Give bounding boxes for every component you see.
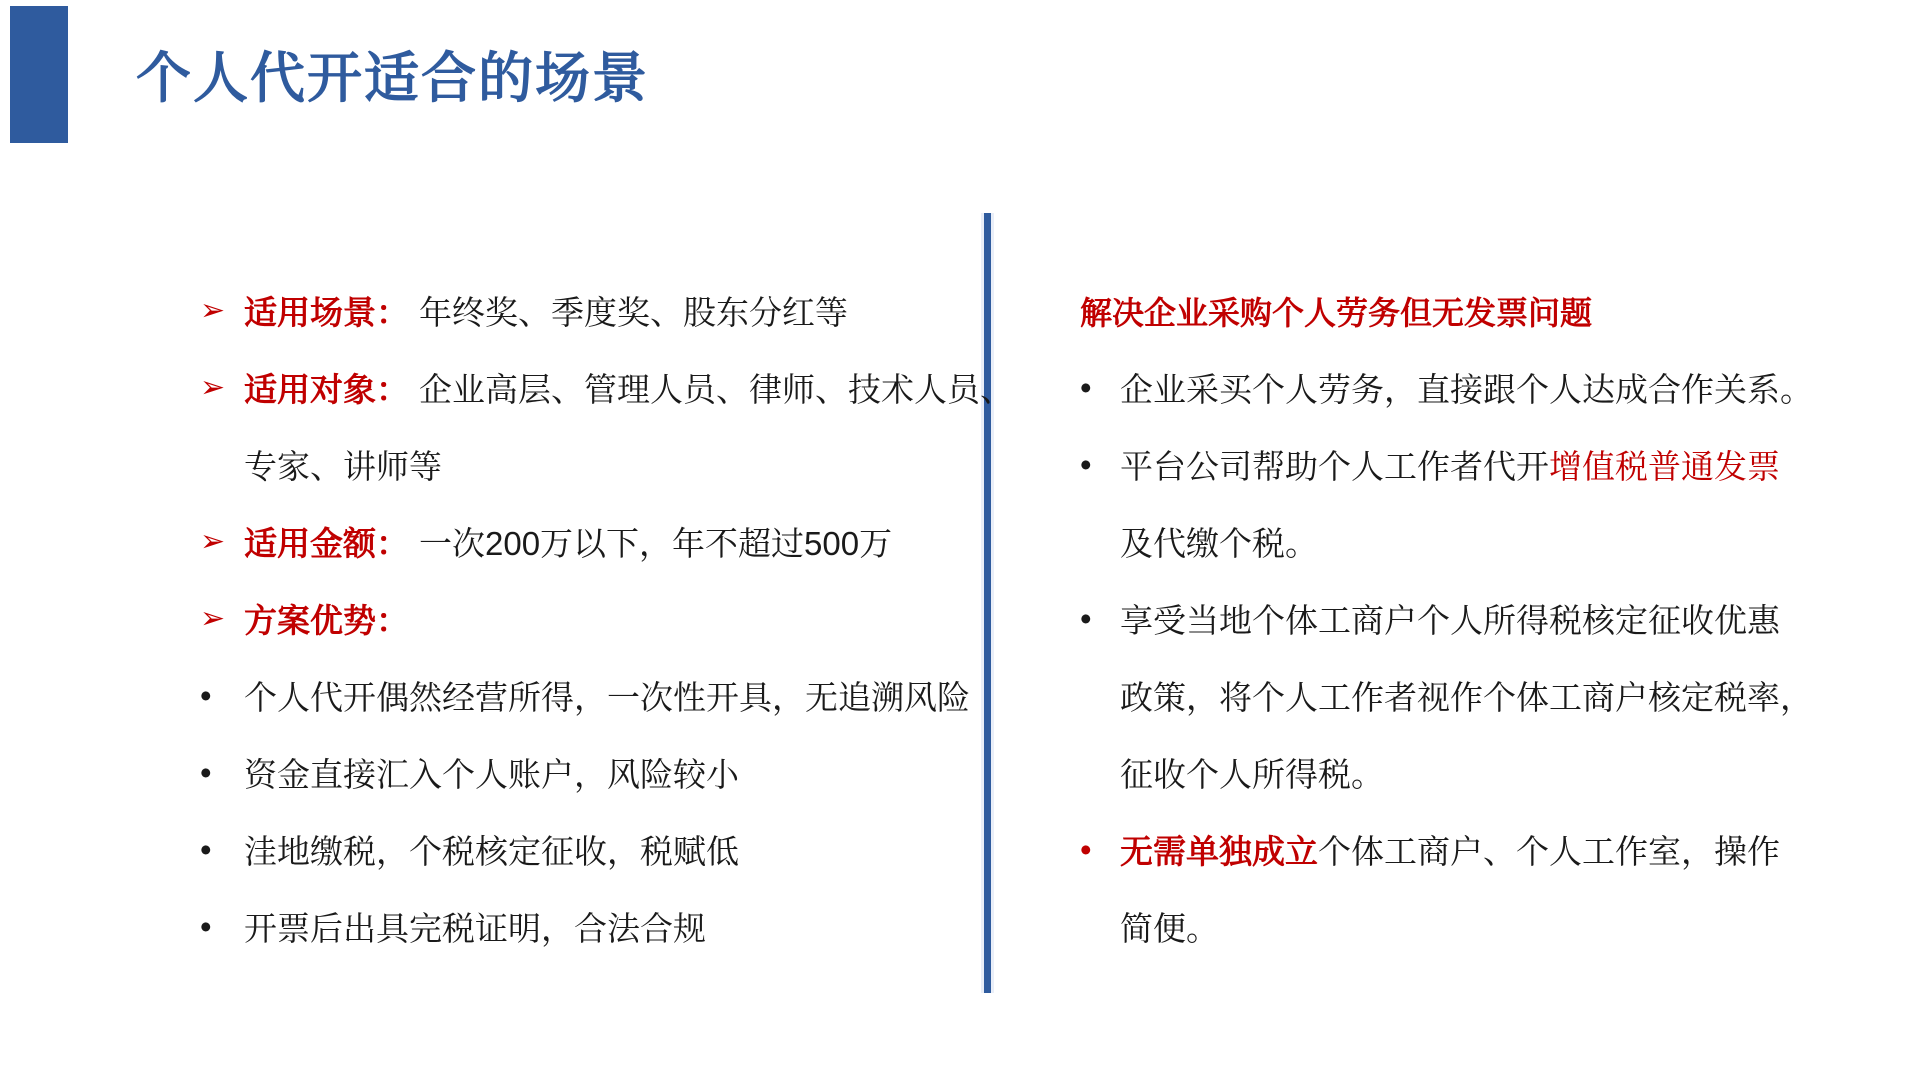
row-text: 个体工商户、个人工作室，操作	[1318, 826, 1780, 873]
row-text: 个人代开偶然经营所得，一次性开具，无追溯风险	[244, 672, 970, 719]
row-label: 方案优势：	[244, 595, 409, 642]
marker-cell: ➢	[200, 604, 244, 634]
row-right-3: • 享受当地个体工商户个人所得税核定征收优惠	[1080, 580, 1820, 657]
arrow-bullet-icon: ➢	[200, 296, 225, 326]
left-panel: ➢ 适用场景： 年终奖、季度奖、股东分红等 ➢ 适用对象： 企业高层、管理人员、…	[200, 272, 900, 965]
row-right-4: • 无需单独成立 个体工商户、个人工作室，操作	[1080, 811, 1820, 888]
arrow-bullet-icon: ➢	[200, 604, 225, 634]
row-usage-target-continuation: 专家、讲师等	[200, 426, 900, 503]
presentation-slide: 个人代开适合的场景 ➢ 适用场景： 年终奖、季度奖、股东分红等 ➢ 适用对象： …	[0, 0, 1920, 1080]
row-plan-advantages: ➢ 方案优势：	[200, 580, 900, 657]
marker-cell: ➢	[200, 296, 244, 326]
row-label: 适用金额：	[244, 518, 409, 565]
row-advantage-1: • 个人代开偶然经营所得，一次性开具，无追溯风险	[200, 657, 900, 734]
row-right-3-continuation-2: 征收个人所得税。	[1080, 734, 1820, 811]
row-right-1: • 企业采买个人劳务，直接跟个人达成合作关系。	[1080, 349, 1820, 426]
row-text: 简便。	[1120, 903, 1219, 950]
row-text: 洼地缴税，个税核定征收，税赋低	[244, 826, 739, 873]
dot-bullet-icon: •	[200, 756, 212, 789]
row-text: 年终奖、季度奖、股东分红等	[419, 287, 848, 334]
row-text: 企业采买个人劳务，直接跟个人达成合作关系。	[1120, 364, 1813, 411]
row-text: 专家、讲师等	[244, 441, 442, 488]
row-text: 企业高层、管理人员、律师、技术人员、	[419, 364, 1013, 411]
arrow-bullet-icon: ➢	[200, 527, 225, 557]
row-right-4-continuation: 简便。	[1080, 888, 1820, 965]
dot-bullet-icon: •	[1080, 448, 1092, 481]
row-usage-target: ➢ 适用对象： 企业高层、管理人员、律师、技术人员、	[200, 349, 900, 426]
row-advantage-3: • 洼地缴税，个税核定征收，税赋低	[200, 811, 900, 888]
dot-bullet-icon: •	[200, 679, 212, 712]
marker-cell: ➢	[200, 373, 244, 403]
row-label: 适用场景：	[244, 287, 409, 334]
page-title: 个人代开适合的场景	[136, 48, 649, 109]
row-usage-amount: ➢ 适用金额： 一次200万以下，年不超过500万	[200, 503, 900, 580]
dot-bullet-icon: •	[1080, 833, 1092, 866]
dot-bullet-icon: •	[200, 833, 212, 866]
row-text-highlight: 增值税普通发票	[1549, 441, 1780, 488]
row-text: 享受当地个体工商户个人所得税核定征收优惠	[1120, 595, 1780, 642]
row-label: 适用对象：	[244, 364, 409, 411]
row-text: 开票后出具完税证明，合法合规	[244, 903, 706, 950]
dot-bullet-icon: •	[1080, 602, 1092, 635]
marker-cell: •	[1080, 448, 1120, 481]
marker-cell: •	[200, 679, 244, 712]
right-heading: 解决企业采购个人劳务但无发票问题	[1080, 272, 1820, 349]
marker-cell: •	[200, 910, 244, 943]
row-usage-scenario: ➢ 适用场景： 年终奖、季度奖、股东分红等	[200, 272, 900, 349]
row-right-2: • 平台公司帮助个人工作者代开 增值税普通发票	[1080, 426, 1820, 503]
row-advantage-4: • 开票后出具完税证明，合法合规	[200, 888, 900, 965]
marker-cell: •	[1080, 371, 1120, 404]
row-text-emphasis: 无需单独成立	[1120, 826, 1318, 873]
marker-cell: •	[1080, 602, 1120, 635]
marker-cell: •	[1080, 833, 1120, 866]
marker-cell: •	[200, 833, 244, 866]
row-text: 平台公司帮助个人工作者代开	[1120, 441, 1549, 488]
row-right-2-continuation: 及代缴个税。	[1080, 503, 1820, 580]
row-text: 征收个人所得税。	[1120, 749, 1384, 796]
row-text: 一次200万以下，年不超过500万	[419, 518, 892, 565]
marker-cell: •	[200, 756, 244, 789]
dot-bullet-icon: •	[200, 910, 212, 943]
column-divider	[984, 213, 991, 993]
row-right-3-continuation-1: 政策，将个人工作者视作个体工商户核定税率，	[1080, 657, 1820, 734]
row-text: 政策，将个人工作者视作个体工商户核定税率，	[1120, 672, 1813, 719]
arrow-bullet-icon: ➢	[200, 373, 225, 403]
heading-text: 解决企业采购个人劳务但无发票问题	[1080, 288, 1592, 334]
right-panel: 解决企业采购个人劳务但无发票问题 • 企业采买个人劳务，直接跟个人达成合作关系。…	[1080, 272, 1820, 965]
row-advantage-2: • 资金直接汇入个人账户，风险较小	[200, 734, 900, 811]
marker-cell: ➢	[200, 527, 244, 557]
row-text: 及代缴个税。	[1120, 518, 1318, 565]
title-accent-bar	[10, 6, 68, 143]
dot-bullet-icon: •	[1080, 371, 1092, 404]
row-text: 资金直接汇入个人账户，风险较小	[244, 749, 739, 796]
